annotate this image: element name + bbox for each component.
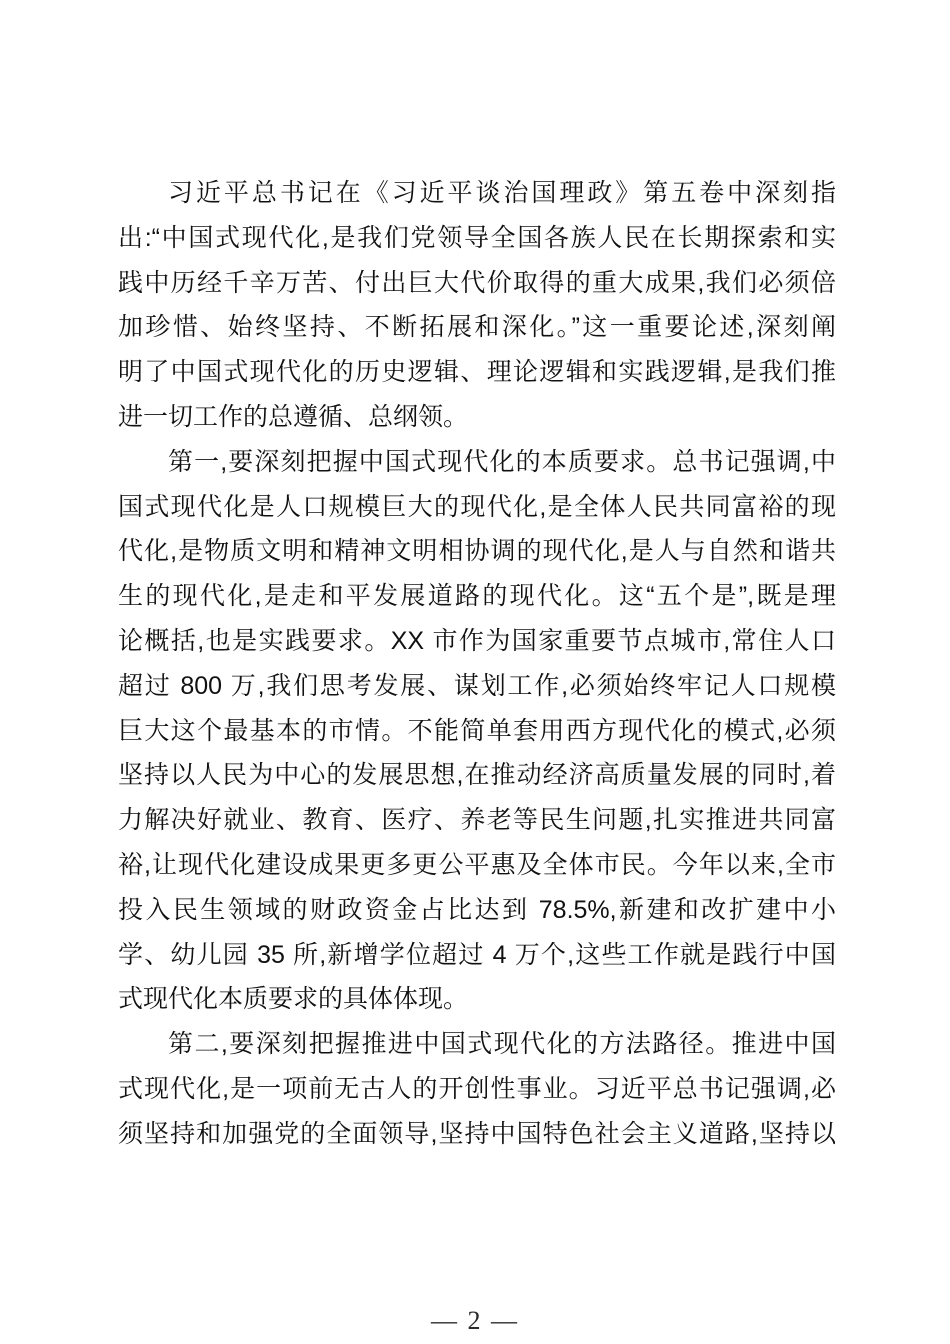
page-footer: — 2 — bbox=[0, 1303, 950, 1339]
text-line: 生的现代化,是走和平发展道路的现代化。这“五个是”,既是理 bbox=[118, 574, 836, 619]
document-page: 习近平总书记在《习近平谈治国理政》第五卷中深刻指出:“中国式现代化,是我们党领导… bbox=[0, 0, 950, 1344]
text-line: 第二,要深刻把握推进中国式现代化的方法路径。推进中国 bbox=[118, 1022, 836, 1067]
text-line: 式现代化,是一项前无古人的开创性事业。习近平总书记强调,必 bbox=[118, 1067, 836, 1112]
text-line: 第一,要深刻把握中国式现代化的本质要求。总书记强调,中 bbox=[118, 440, 836, 485]
text-line: 须坚持和加强党的全面领导,坚持中国特色社会主义道路,坚持以 bbox=[118, 1112, 836, 1157]
text-line: 明了中国式现代化的历史逻辑、理论逻辑和实践逻辑,是我们推 bbox=[118, 350, 836, 395]
text-line: 巨大这个最基本的市情。不能简单套用西方现代化的模式,必须 bbox=[118, 709, 836, 754]
document-body: 习近平总书记在《习近平谈治国理政》第五卷中深刻指出:“中国式现代化,是我们党领导… bbox=[118, 171, 836, 1157]
text-line: 加珍惜、始终坚持、不断拓展和深化。”这一重要论述,深刻阐 bbox=[118, 305, 836, 350]
text-line: 力解决好就业、教育、医疗、养老等民生问题,扎实推进共同富 bbox=[118, 798, 836, 843]
page-number: — 2 — bbox=[431, 1306, 519, 1335]
text-line: 国式现代化是人口规模巨大的现代化,是全体人民共同富裕的现 bbox=[118, 485, 836, 530]
text-line: 论概括,也是实践要求。XX 市作为国家重要节点城市,常住人口 bbox=[118, 619, 836, 664]
text-line: 超过 800 万,我们思考发展、谋划工作,必须始终牢记人口规模 bbox=[118, 664, 836, 709]
text-line: 式现代化本质要求的具体体现。 bbox=[118, 977, 836, 1022]
text-line: 投入民生领域的财政资金占比达到 78.5%,新建和改扩建中小 bbox=[118, 888, 836, 933]
text-line: 习近平总书记在《习近平谈治国理政》第五卷中深刻指 bbox=[118, 171, 836, 216]
text-line: 坚持以人民为中心的发展思想,在推动经济高质量发展的同时,着 bbox=[118, 753, 836, 798]
text-line: 代化,是物质文明和精神文明相协调的现代化,是人与自然和谐共 bbox=[118, 529, 836, 574]
text-line: 践中历经千辛万苦、付出巨大代价取得的重大成果,我们必须倍 bbox=[118, 261, 836, 306]
text-line: 学、幼儿园 35 所,新增学位超过 4 万个,这些工作就是践行中国 bbox=[118, 933, 836, 978]
text-line: 出:“中国式现代化,是我们党领导全国各族人民在长期探索和实 bbox=[118, 216, 836, 261]
text-line: 裕,让现代化建设成果更多更公平惠及全体市民。今年以来,全市 bbox=[118, 843, 836, 888]
text-line: 进一切工作的总遵循、总纲领。 bbox=[118, 395, 836, 440]
